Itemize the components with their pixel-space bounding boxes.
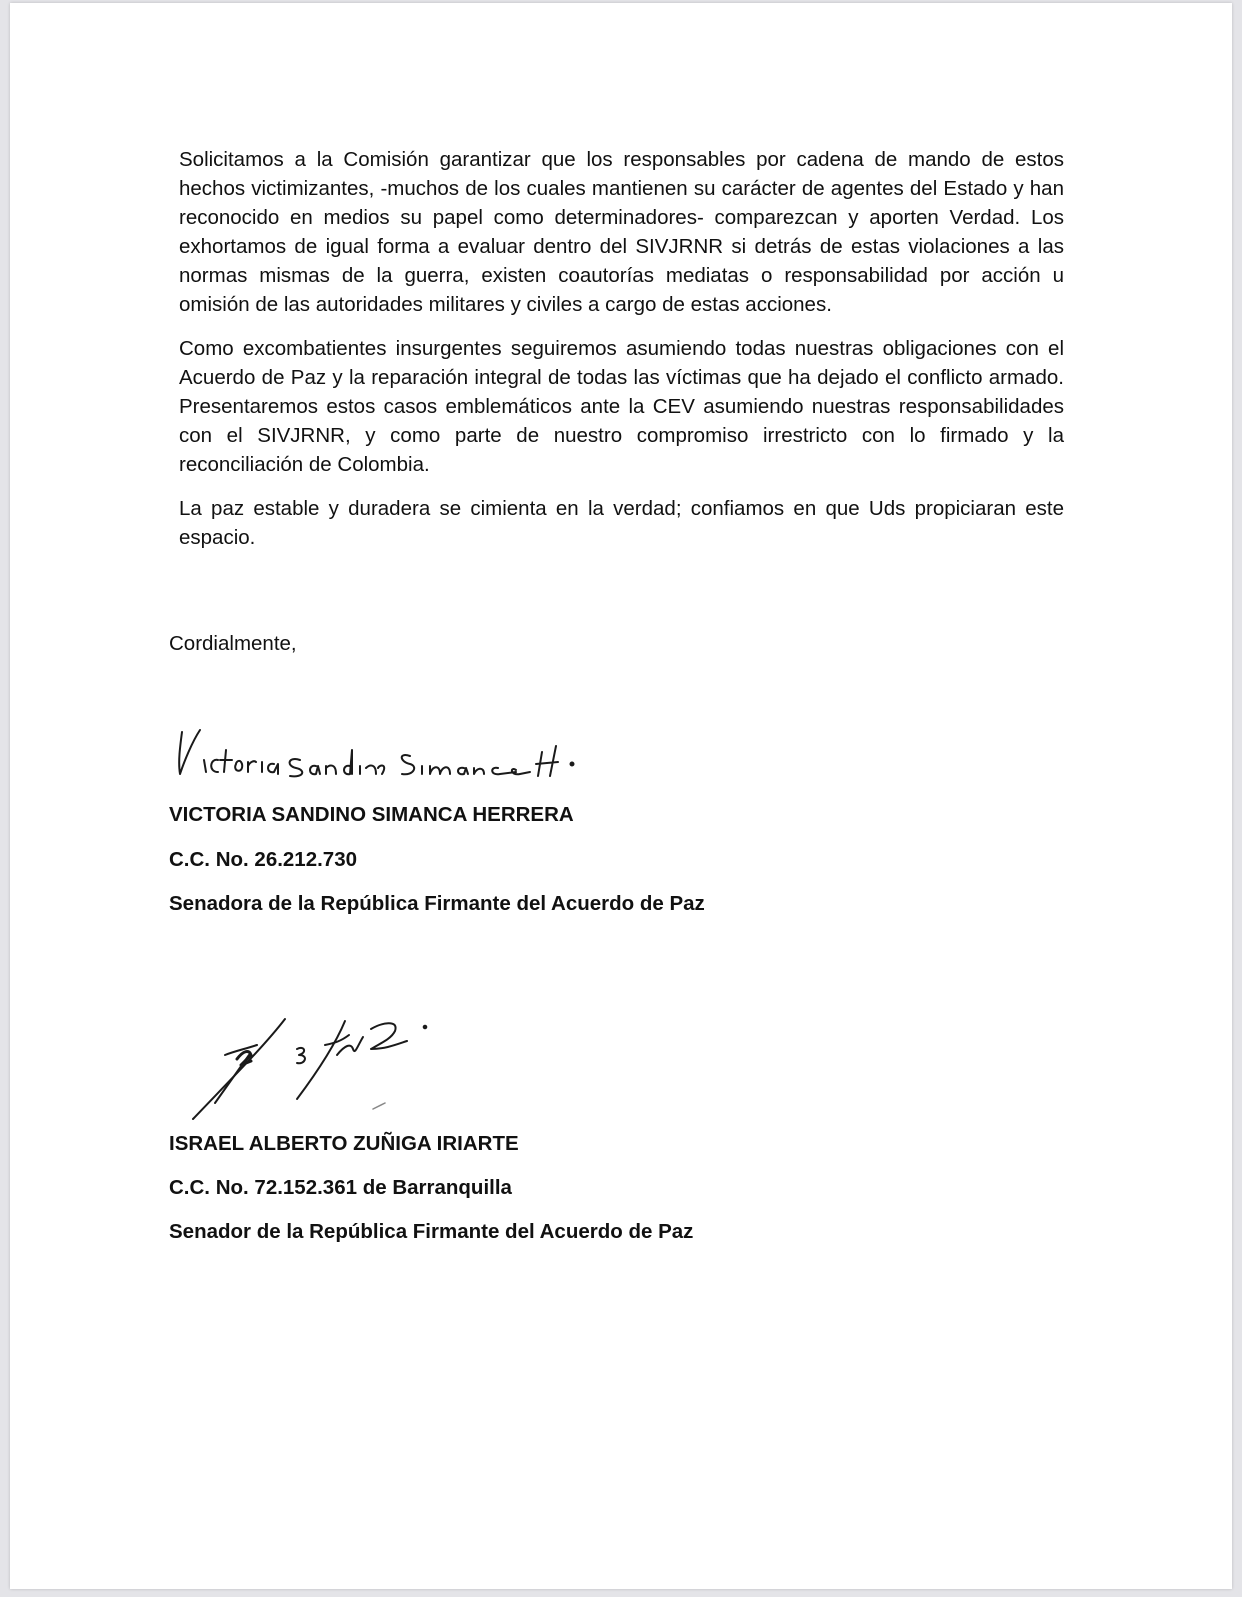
signatory-1-id: C.C. No. 26.212.730 (169, 848, 357, 872)
paragraph-commitment: Como excombatientes insurgentes seguirem… (179, 334, 1064, 479)
signatory-2-title: Senador de la República Firmante del Acu… (169, 1220, 693, 1244)
closing-salutation: Cordialmente, (169, 632, 297, 656)
document-page: Solicitamos a la Comisión garantizar que… (10, 3, 1232, 1589)
paragraph-peace: La paz estable y duradera se cimienta en… (179, 494, 1064, 552)
signature-israel-icon (185, 1015, 445, 1125)
signatory-2-name: ISRAEL ALBERTO ZUÑIGA IRIARTE (169, 1132, 519, 1156)
letter-body: Solicitamos a la Comisión garantizar que… (179, 145, 1064, 567)
signature-victoria-icon (170, 722, 590, 784)
signatory-1-title: Senadora de la República Firmante del Ac… (169, 892, 705, 916)
signatory-1-name: VICTORIA SANDINO SIMANCA HERRERA (169, 803, 574, 827)
paragraph-request: Solicitamos a la Comisión garantizar que… (179, 145, 1064, 319)
signatory-2-id: C.C. No. 72.152.361 de Barranquilla (169, 1176, 512, 1200)
